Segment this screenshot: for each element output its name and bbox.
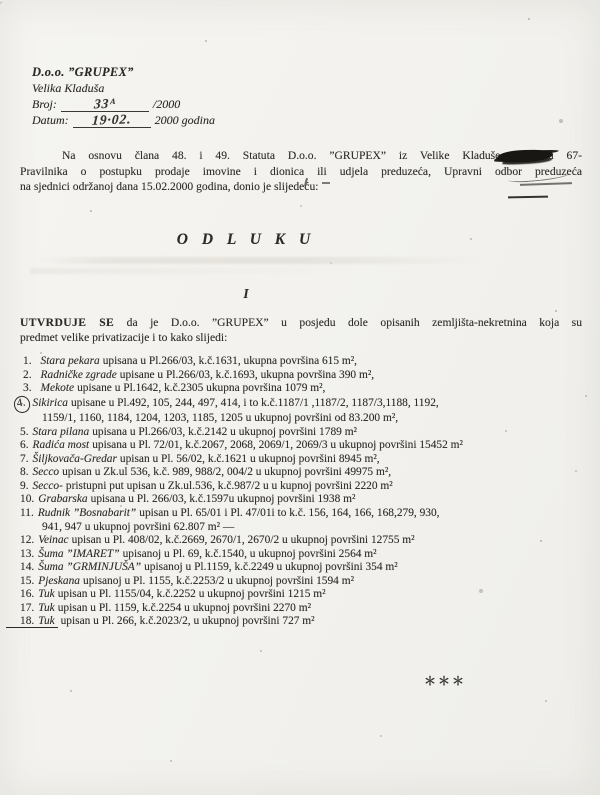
item-name: Sikirica <box>33 397 68 409</box>
item-text: upisan u Pl. 1155/04, k.č.2252 u ukupnoj… <box>58 588 326 600</box>
item-text: upisane u Pl.266/03, k.č.1693, ukupna po… <box>120 369 374 381</box>
date-handwritten: 19·02. <box>91 112 132 126</box>
item-name: Tuk <box>38 615 54 627</box>
item-underlined-lead: 18.Tuk <box>6 615 58 628</box>
list-item: 9.Secco-pristupni put upisan u Zk.ul.536… <box>20 480 588 494</box>
pen-underline-mark <box>508 196 548 199</box>
item-text: upisana u Pl. 72/01, k.č.2067, 2068, 206… <box>92 439 463 451</box>
item-name: Mekote <box>41 382 75 394</box>
item-number: 14. <box>20 561 34 575</box>
company-name: D.o.o. ”GRUPEX” <box>32 64 215 80</box>
case-number-suffix: /2000 <box>153 97 180 111</box>
item-text: upisan u Pl. 1159, k.č.2254 u ukupnoj po… <box>58 602 311 614</box>
item-name: Šuma ”IMARET” <box>38 548 119 560</box>
item-name: Radića most <box>33 439 90 451</box>
case-number-handwritten: 33ᴬ <box>93 97 116 111</box>
item-name: Veinac <box>38 534 68 546</box>
item-name: Secco- <box>33 480 63 492</box>
statement-line-2: predmet velike privatizacije i to kako s… <box>20 330 582 345</box>
list-item: 12.Veinacupisan u Pl. 408/02, k.č.2669, … <box>20 534 588 548</box>
item-number: 18. <box>20 615 34 629</box>
item-text: upisan u Pl. 266, k.č.2023/2, u ukupnoj … <box>61 615 315 627</box>
item-number: 8. <box>20 466 29 480</box>
item-text-continuation: 941, 947 u ukupnoj površini 62.807 m² — <box>42 521 588 535</box>
list-item: 3.Mekoteupisane u Pl.1642, k.č.2305 ukup… <box>20 382 588 396</box>
list-item: 2.Radničke zgradeupisane u Pl.266/03, k.… <box>20 369 588 383</box>
statement-paragraph: UTVRDUJE SE da je D.o.o. ”GRUPEX” u posj… <box>20 315 582 346</box>
item-number: 13. <box>20 548 34 562</box>
item-name: Tuk <box>38 588 54 600</box>
statement-line-1-rest: da je D.o.o. ”GRUPEX” u posjedu dole opi… <box>127 316 582 329</box>
document-header: D.o.o. ”GRUPEX” Velika Kladuša Broj:33ᴬ/… <box>32 64 215 128</box>
item-number: 17. <box>20 602 34 616</box>
item-name: Stara pekara <box>41 355 100 367</box>
item-text-continuation: 1159/1, 1160, 1184, 1204, 1203, 1185, 12… <box>42 412 588 426</box>
scanned-document-page: D.o.o. ”GRUPEX” Velika Kladuša Broj:33ᴬ/… <box>0 0 600 795</box>
case-number-blank: 33ᴬ <box>61 97 149 112</box>
item-text: upisane u Pl.1642, k.č.2305 ukupna površ… <box>77 382 325 394</box>
pen-tick-mark-2 <box>322 182 330 184</box>
item-text: upisan u Zk.ul 536, k.č. 989, 988/2, 004… <box>62 466 391 478</box>
item-name: Pjeskana <box>38 575 80 587</box>
item-name: Radničke zgrade <box>41 369 117 381</box>
intro-line-2: Pravilnika o postupku prodaje imovine i … <box>20 164 582 180</box>
item-number: 12. <box>20 534 34 548</box>
list-item: 7.Šiljkovača-Gredarupisan u Pl. 56/02, k… <box>20 453 588 467</box>
list-item: 6.Radića mostupisana u Pl. 72/01, k.č.20… <box>20 439 588 453</box>
item-text: upisanoj u Pl. 69, k.č.1540, u ukupnoj p… <box>123 548 377 560</box>
item-name: Grabarska <box>38 493 87 505</box>
item-name: Rudnik ”Bosnabarit” <box>38 507 136 519</box>
list-item: 8.Seccoupisan u Zk.ul 536, k.č. 989, 988… <box>20 466 588 480</box>
company-city: Velika Kladuša <box>32 80 215 96</box>
item-number-circled: 4. <box>13 394 31 413</box>
section-numeral: I <box>0 286 492 302</box>
item-name: Šiljkovača-Gredar <box>33 453 117 465</box>
list-item: 15.Pjeskanaupisanoj u Pl. 1155, k.č.2253… <box>20 575 588 589</box>
list-item: 14.Šuma ”GRMINJUŠA”upisanoj u Pl.1159, k… <box>20 561 588 575</box>
item-number: 16. <box>20 588 34 602</box>
statement-line-1: UTVRDUJE SE da je D.o.o. ”GRUPEX” u posj… <box>20 315 582 330</box>
item-text: upisana u Pl. 266/03, k.č.1597u ukupnoj … <box>91 493 356 505</box>
list-item: 4.Sikiricaupisane u Pl.492, 105, 244, 49… <box>20 396 588 426</box>
item-text: upisana u Pl.266/03, k.č.2142 u ukupnoj … <box>92 426 357 438</box>
item-number: 9. <box>20 480 29 494</box>
decision-title: O D L U K U <box>0 231 492 249</box>
item-text: upisana u Pl.266/03, k.č.1631, ukupna po… <box>103 355 357 367</box>
item-name: Stara pilana <box>33 426 90 438</box>
asterisks-mark: ＊＊＊ <box>424 672 466 689</box>
date-label: Datum: <box>32 113 69 127</box>
date-line: Datum:19·02.2000 godina <box>32 112 215 128</box>
intro-line-3: na sjednici održanoj dana 15.02.2000 god… <box>20 179 582 195</box>
item-text: upisane u Pl.492, 105, 244, 497, 414, i … <box>71 397 439 409</box>
list-item: 11.Rudnik ”Bosnabarit”upisan u Pl. 65/01… <box>20 507 588 534</box>
bleedthrough-smudge-2 <box>30 268 430 274</box>
item-text: upisanoj u Pl. 1155, k.č.2253/2 u ukupno… <box>83 575 354 587</box>
list-item: 18.Tuk upisan u Pl. 266, k.č.2023/2, u u… <box>20 615 588 629</box>
item-name: Šuma ”GRMINJUŠA” <box>38 561 141 573</box>
date-suffix: 2000 godina <box>155 113 215 127</box>
item-text: pristupni put upisan u Zk.ul.536, k.č.98… <box>66 480 393 492</box>
item-number: 10. <box>20 493 34 507</box>
case-number-line: Broj:33ᴬ/2000 <box>32 96 215 112</box>
list-item: 17.Tukupisan u Pl. 1159, k.č.2254 u ukup… <box>20 602 588 616</box>
item-text: upisanoj u Pl.1159, k.č.2249 u ukupnoj p… <box>144 561 398 573</box>
scan-noise-speckles <box>0 0 2 2</box>
item-number: 11. <box>20 507 34 521</box>
page-crease-mark-2 <box>0 1 2 51</box>
item-number: 15. <box>20 575 34 589</box>
item-number: 7. <box>20 453 29 467</box>
list-item: 10.Grabarskaupisana u Pl. 266/03, k.č.15… <box>20 493 588 507</box>
list-item: 5.Stara pilanaupisana u Pl.266/03, k.č.2… <box>20 426 588 440</box>
item-number: 3. <box>23 382 32 396</box>
list-item: 13.Šuma ”IMARET”upisanoj u Pl. 69, k.č.1… <box>20 548 588 562</box>
property-list: 1.Stara pekaraupisana u Pl.266/03, k.č.1… <box>20 355 588 629</box>
item-text: upisan u Pl. 408/02, k.č.2669, 2670/1, 2… <box>72 534 415 546</box>
date-blank: 19·02. <box>73 113 151 128</box>
statement-lead: UTVRDUJE SE <box>20 316 114 329</box>
item-number: 6. <box>20 439 29 453</box>
case-number-label: Broj: <box>32 97 57 111</box>
item-name: Secco <box>33 466 60 478</box>
list-item: 16.Tukupisan u Pl. 1155/04, k.č.2252 u u… <box>20 588 588 602</box>
item-text: upisan u Pl. 65/01 i Pl. 47/01i to k.č. … <box>139 507 439 519</box>
bleedthrough-smudge <box>36 257 506 264</box>
item-name: Tuk <box>38 602 54 614</box>
list-item: 1.Stara pekaraupisana u Pl.266/03, k.č.1… <box>20 355 588 369</box>
item-number: 5. <box>20 426 29 440</box>
item-text: upisan u Pl. 56/02, k.č.1621 u ukupnoj p… <box>120 453 380 465</box>
item-number: 1. <box>23 355 32 369</box>
item-number: 2. <box>23 369 32 383</box>
